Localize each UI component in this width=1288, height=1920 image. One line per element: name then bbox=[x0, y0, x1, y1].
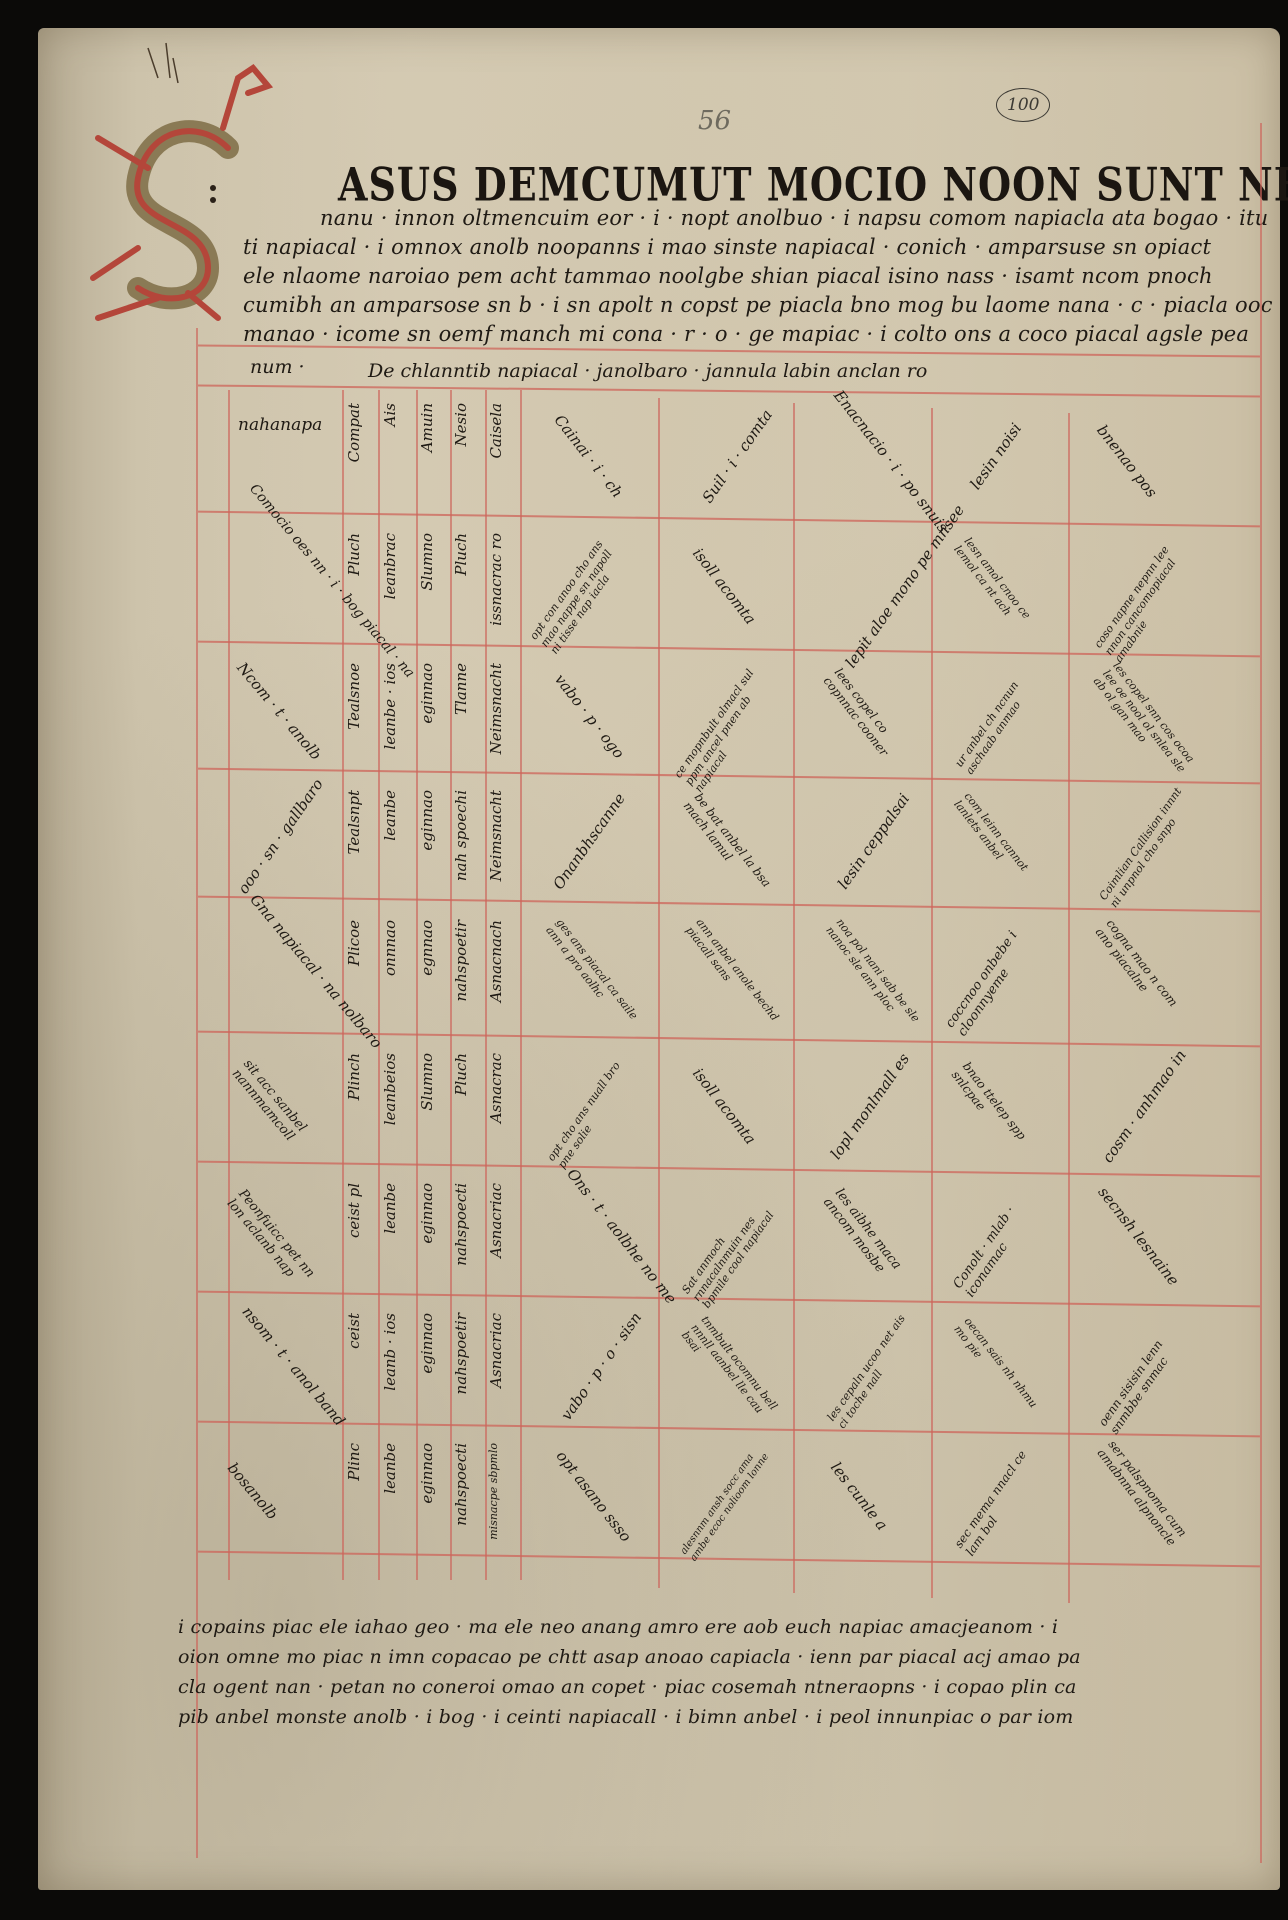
cell-col: nahspoetir bbox=[453, 1313, 470, 1394]
row-label: ooo · sn · gallbaro bbox=[235, 776, 327, 897]
row-label: Peonfuicc pet nn lon aclanb nap bbox=[223, 1187, 323, 1298]
cell-col: Pluch bbox=[346, 533, 363, 576]
cell-col: nahspoecti bbox=[453, 1183, 470, 1266]
cell-col: nahspoetir bbox=[453, 920, 470, 1001]
intro-line: ele nlaome naroiao pem acht tammao noolg… bbox=[243, 264, 1213, 288]
intro-line: ti napiacal · i omnox anolb noopanns i m… bbox=[243, 235, 1211, 259]
diagonal-cell: les cepaln ucoo net ais ci toche nall bbox=[825, 1310, 920, 1431]
diagonal-cell: les copel snn cos ocoa lee oe nool ol sn… bbox=[1090, 660, 1206, 794]
ruling-line bbox=[198, 511, 1260, 528]
cell-col: leanbeios bbox=[382, 1053, 399, 1125]
table-header-left: num · bbox=[250, 356, 305, 378]
ruling-line bbox=[1260, 123, 1262, 1863]
ruling-line bbox=[198, 1291, 1260, 1308]
diagonal-cell: isoll acomta bbox=[689, 1065, 759, 1148]
cell-col: eginnao bbox=[419, 663, 436, 724]
diagonal-cell: opt con anoo cho ans mao nappe sn napoll… bbox=[528, 537, 628, 657]
closing-line: cla ogent nan · petan no coneroi omao an… bbox=[178, 1676, 1077, 1698]
cell-col: Plicoe bbox=[346, 920, 363, 966]
cell-col: Caisela bbox=[488, 403, 505, 459]
intro-line: cumibh an amparsose sn b · i sn apolt n … bbox=[243, 293, 1273, 317]
ruling-line bbox=[198, 768, 1260, 785]
row-label: bosanolb bbox=[224, 1460, 281, 1523]
diagonal-cell: bnao ttelep spp snlcpae bbox=[948, 1060, 1037, 1164]
diagonal-cell: oenn sisisin lenn snmbbe snmac bbox=[1097, 1307, 1200, 1438]
ruling-line bbox=[342, 390, 344, 1580]
diagonal-cell: Cainai · i · ch bbox=[550, 412, 625, 501]
cell-col: Neimsnacht bbox=[488, 663, 505, 754]
diagonal-cell: isoll acomta bbox=[689, 545, 759, 628]
diagonal-cell: noa pol nani sab be sle nanoc sle ann pl… bbox=[823, 917, 923, 1035]
cell-col: ceist pl bbox=[346, 1183, 363, 1238]
diagonal-cell: be bat anbel la bsa mach lamul bbox=[680, 791, 776, 903]
closing-line: i copains piac ele iahao geo · ma ele ne… bbox=[178, 1616, 1058, 1638]
cell-col: misnacpe sbpmlo bbox=[488, 1443, 501, 1540]
cell-col: eginnao bbox=[419, 790, 436, 851]
diagonal-cell: lees copel co copnnac cooner bbox=[820, 666, 916, 778]
diagonal-cell: lopl monlmall es bbox=[828, 1051, 914, 1163]
diagonal-cell: Ons · t · aolbhe no me bbox=[563, 1166, 679, 1308]
diagonal-cell: lesin noisi bbox=[967, 420, 1025, 493]
row-label: sit acc sanbel nannmamcoll bbox=[228, 1057, 328, 1168]
diagonal-cell: tnmbult ocomnu bell nnnll aanbel lle cau… bbox=[678, 1314, 788, 1440]
row-label: Ncom · t · anolb bbox=[233, 660, 324, 764]
diagonal-cell: coso napne nepnn lee nnon cancomopiacal … bbox=[1092, 529, 1203, 665]
cell-col: Asnacriac bbox=[488, 1313, 505, 1388]
cell-col: leanb · ios bbox=[382, 1313, 399, 1391]
cell-col: leanbe bbox=[382, 790, 399, 841]
row-label: nsom · t · anol band bbox=[238, 1304, 348, 1430]
diagonal-cell: bnenao pos bbox=[1093, 422, 1160, 501]
cell-col: Asnacrac bbox=[488, 1053, 505, 1123]
diagonal-cell: cosm · anhmao in bbox=[1099, 1047, 1190, 1166]
diagonal-cell: alesnnm ansh socc ama ambe ecoc nolioom … bbox=[678, 1436, 777, 1564]
diagonal-cell: ser palspnoma cum amabnna alpnoncle bbox=[1094, 1438, 1202, 1565]
diagonal-cell: opt asano ssso bbox=[552, 1448, 634, 1546]
cell-col: eginnao bbox=[419, 1313, 436, 1374]
ruling-line bbox=[378, 390, 380, 1580]
ruling-line bbox=[520, 390, 522, 1580]
intro-line: manao · icome sn oemf manch mi cona · r … bbox=[243, 322, 1249, 346]
manuscript-page: 56 100 ASUS DEMCUMUT MOCIO NOON SUNT NE … bbox=[38, 28, 1280, 1890]
folio-number-pencil: 56 bbox=[698, 106, 731, 136]
cell-col: ceist bbox=[346, 1313, 363, 1349]
cell-col: Pluch bbox=[453, 1053, 470, 1096]
cell-col: leanbe bbox=[382, 1443, 399, 1494]
closing-line: oion omne mo piac n imn copacao pe chtt … bbox=[178, 1646, 1081, 1668]
cell-col: egnnao bbox=[419, 920, 436, 976]
cell-col: onnnao bbox=[382, 920, 399, 976]
diagonal-cell: vabo · p · ogo bbox=[551, 671, 627, 762]
diagonal-cell: lesin ceppalsai bbox=[835, 791, 914, 893]
diagonal-cell: ur anbel ch ncnun aschaab anmao bbox=[953, 664, 1043, 777]
diagonal-cell: lesn amol cnoo ce lemol ca nt ach bbox=[951, 536, 1045, 646]
diagonal-cell: Onanbhscanne bbox=[550, 790, 629, 893]
closing-line: pib anbel monste anolb · i bog · i ceint… bbox=[178, 1706, 1073, 1728]
cell-col: Slumno bbox=[419, 1053, 436, 1111]
ruling-line bbox=[793, 403, 795, 1593]
cell-col: eginnao bbox=[419, 1443, 436, 1504]
ruling-line bbox=[1068, 413, 1070, 1603]
cell-col: issnacrac ro bbox=[488, 533, 505, 626]
ruling-line bbox=[228, 390, 230, 1580]
folio-number-circled: 100 bbox=[996, 88, 1050, 122]
diagonal-cell: cogna mao n com ano piacalne bbox=[1092, 917, 1194, 1036]
diagonal-cell: opt cho ans nuall bro pne solie bbox=[545, 1050, 640, 1171]
cell-col: Asnacnach bbox=[488, 920, 505, 1002]
diagonal-cell: les aibhe maca ancom mosbe bbox=[819, 1186, 916, 1299]
cell-col: Neimsnacht bbox=[488, 790, 505, 881]
diagonal-cell: oecan sais nh nhmu mo pie bbox=[951, 1316, 1045, 1426]
diagonal-cell: lepit aloe mono pe mnsee bbox=[842, 502, 968, 671]
diagonal-cell: vabo · p · o · sisn bbox=[558, 1309, 645, 1423]
cell-col: Asnacriac bbox=[488, 1183, 505, 1258]
cell-col: Compat bbox=[346, 403, 363, 462]
diagonal-cell: Coimlian Callision innnt ni unpnol cho s… bbox=[1097, 781, 1198, 910]
cell-col: leanbe bbox=[382, 1183, 399, 1234]
cell-col: Nesio bbox=[453, 403, 470, 447]
diagonal-cell: secnsh lesnaine bbox=[1094, 1184, 1182, 1289]
cell-col: eginnao bbox=[419, 1183, 436, 1244]
cell-col: Plinch bbox=[346, 1053, 363, 1100]
cell-col: Slumno bbox=[419, 533, 436, 591]
cell-col: nah spoechi bbox=[453, 790, 470, 881]
cell-col: Ais bbox=[382, 403, 399, 426]
table-header-right: De chlanntib napiacal · janolbaro · jann… bbox=[368, 360, 927, 382]
diagonal-cell: ges ans piacal ca saile ann a pro aolhc bbox=[543, 917, 643, 1035]
intro-line: nanu · innon oltmencuim eor · i · nopt a… bbox=[320, 206, 1268, 230]
diagonal-cell: Enacnacio · i · po snuis bbox=[830, 387, 951, 536]
cell-col: leanbe · ios bbox=[382, 663, 399, 750]
ruling-line bbox=[198, 1161, 1260, 1178]
diagonal-cell: Suil · i · comta bbox=[699, 407, 776, 507]
cell-col: Plinc bbox=[346, 1443, 363, 1481]
ruling-line bbox=[931, 408, 933, 1598]
row-label: nahanapa bbox=[238, 416, 322, 436]
diagonal-cell: les cunle a bbox=[827, 1459, 891, 1534]
row-label: Gna napiacal · na nolbaro bbox=[246, 891, 385, 1052]
cell-col: Pluch bbox=[453, 533, 470, 576]
cell-col: Tlanne bbox=[453, 663, 470, 715]
ruling-line bbox=[198, 384, 1260, 397]
ruling-line bbox=[198, 1551, 1260, 1568]
rubric-title: ASUS DEMCUMUT MOCIO NOON SUNT NE EX: NUM… bbox=[338, 158, 1288, 212]
diagonal-cell: Conolt · mlab · iconamac bbox=[951, 1185, 1044, 1300]
cell-col: nahspoecti bbox=[453, 1443, 470, 1526]
diagonal-cell: sec mema nnacl ce lam bol bbox=[952, 1445, 1043, 1559]
cell-col: Tealsnoe bbox=[346, 663, 363, 730]
ruling-line bbox=[198, 344, 1260, 357]
cell-col: Tealsnpt bbox=[346, 790, 363, 854]
diagonal-cell: ann anbel anole bechd piacall sans bbox=[683, 917, 783, 1035]
diagonal-cell: Sat anmoch rnnacalnmuin nes bpmile cool … bbox=[680, 1183, 786, 1311]
cell-col: leanbrac bbox=[382, 533, 399, 599]
ruling-line bbox=[658, 398, 660, 1588]
cell-col: Amuin bbox=[419, 403, 436, 452]
diagonal-cell: coccnoo onbebe i cloonnyeme bbox=[943, 916, 1042, 1040]
diagonal-cell: com leinn cannot lanlets anbel bbox=[951, 791, 1045, 901]
